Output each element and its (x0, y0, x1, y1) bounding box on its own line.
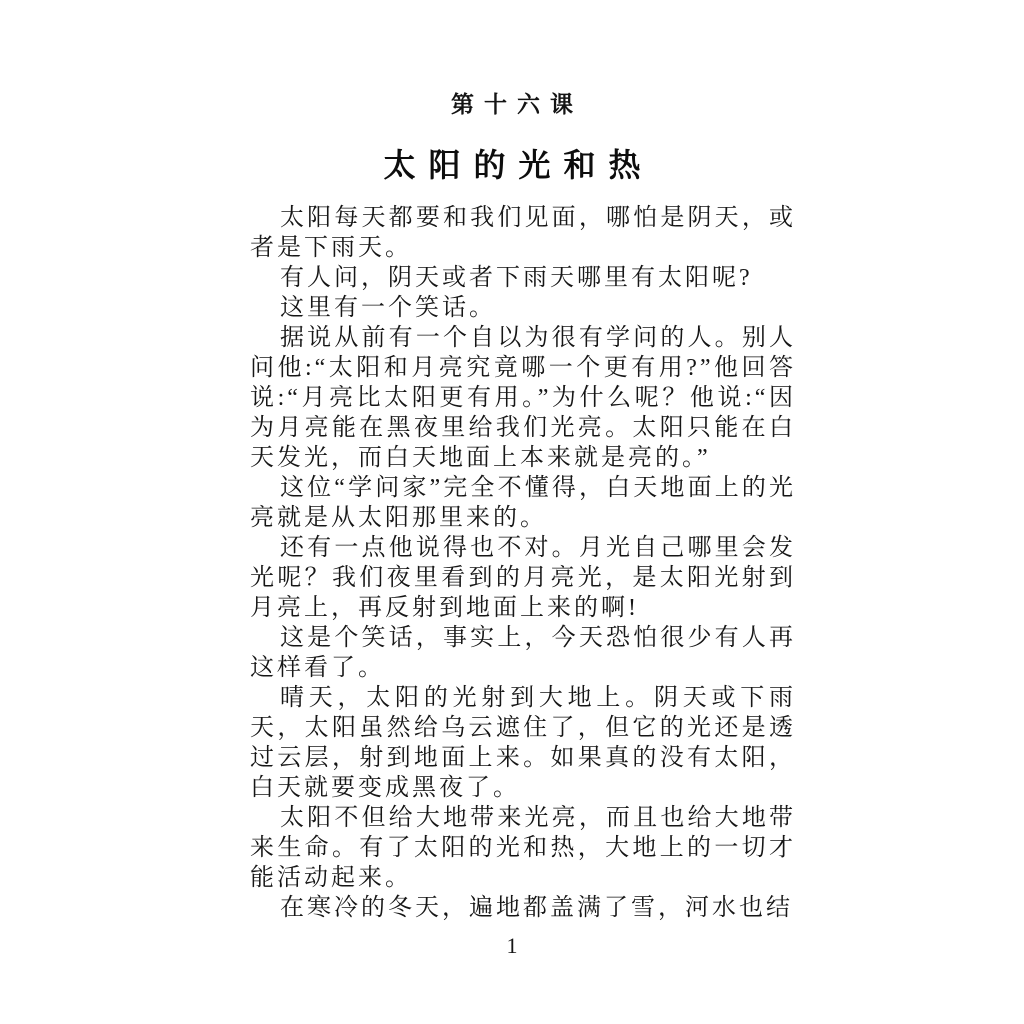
textbook-page: 第十六课 太阳的光和热 太阳每天都要和我们见面，哪怕是阴天，或者是下雨天。有人问… (0, 0, 1024, 1024)
page-title: 太阳的光和热 (0, 140, 1024, 186)
page-number: 1 (0, 933, 1024, 959)
lesson-number: 第十六课 (0, 86, 1024, 119)
paragraph: 还有一点他说得也不对。月光自己哪里会发光呢？我们夜里看到的月亮光，是太阳光射到月… (250, 533, 796, 623)
paragraph: 这是个笑话，事实上，今天恐怕很少有人再这样看了。 (250, 623, 796, 683)
paragraph: 太阳每天都要和我们见面，哪怕是阴天，或者是下雨天。 (250, 203, 796, 263)
lesson-body: 太阳每天都要和我们见面，哪怕是阴天，或者是下雨天。有人问，阴天或者下雨天哪里有太… (250, 203, 796, 923)
paragraph: 在寒冷的冬天，遍地都盖满了雪，河水也结 (250, 893, 796, 923)
paragraph: 晴天，太阳的光射到大地上。阴天或下雨天，太阳虽然给乌云遮住了，但它的光还是透过云… (250, 683, 796, 803)
paragraph: 有人问，阴天或者下雨天哪里有太阳呢? (250, 263, 796, 293)
paragraph: 这位“学问家”完全不懂得，白天地面上的光亮就是从太阳那里来的。 (250, 473, 796, 533)
paragraph: 这里有一个笑话。 (250, 293, 796, 323)
paragraph: 据说从前有一个自以为很有学问的人。别人问他:“太阳和月亮究竟哪一个更有用?”他回… (250, 323, 796, 473)
paragraph: 太阳不但给大地带来光亮，而且也给大地带来生命。有了太阳的光和热，大地上的一切才能… (250, 803, 796, 893)
